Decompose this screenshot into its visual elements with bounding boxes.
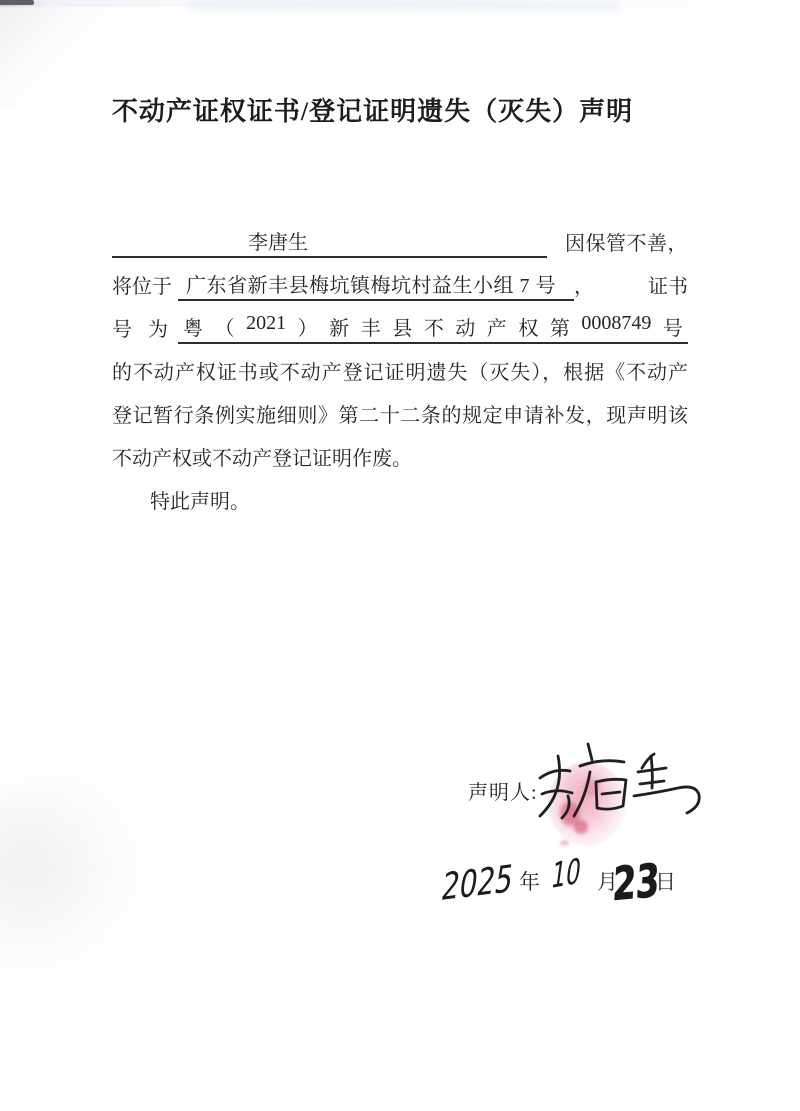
cert-token: 丰 (361, 312, 381, 341)
body-line-3: 号为 粤 （ 2021 ） 新 丰 县 不 动 产 权 第 0008749 号 (112, 306, 688, 349)
cert-token: 粤 (183, 312, 203, 341)
property-address-blank: 广东省新丰县梅坑镇梅坑村益生小组 7 号 (178, 269, 574, 301)
cert-token: ） (298, 312, 318, 341)
cert-token: 权 (518, 312, 538, 341)
cert-token: 产 (487, 312, 507, 341)
certificate-word: 证书 (648, 270, 688, 299)
month-label: 月 (597, 866, 618, 896)
fingerprint-speck (560, 840, 569, 846)
cert-token: 县 (392, 312, 412, 341)
declarant-name: 李唐生 (248, 232, 308, 254)
scan-edge-corner-mark (0, 0, 34, 5)
number-prefix-wei: 为 (148, 313, 168, 342)
cert-token: 2021 (246, 312, 286, 341)
handwritten-year: 2025 (439, 856, 517, 909)
document-body: 李唐生因保管不善， 将位于广东省新丰县梅坑镇梅坑村益生小组 7 号，证书 号为 … (112, 220, 688, 521)
property-address: 广东省新丰县梅坑镇梅坑村益生小组 7 号 (186, 275, 556, 297)
body-line-2: 将位于广东省新丰县梅坑镇梅坑村益生小组 7 号，证书 (112, 263, 688, 306)
closing-text: 特此声明。 (150, 485, 250, 514)
year-label: 年 (519, 866, 540, 896)
location-prefix: 将位于 (112, 270, 172, 299)
handwritten-date-numbers: 2025 10 23 (432, 852, 692, 916)
cert-token: 不 (424, 312, 444, 341)
handwritten-signature (524, 738, 714, 828)
cert-token: 动 (455, 312, 475, 341)
certificate-number-blank: 粤 （ 2021 ） 新 丰 县 不 动 产 权 第 0008749 号 (178, 312, 688, 344)
body-text: 不动产权或不动产登记证明作废。 (112, 442, 412, 471)
document-title: 不动产证权证书/登记证明遗失（灭失）声明 (60, 91, 685, 128)
body-text: 登记暂行条例实施细则》第二十二条的规定申请补发，现声明该 (112, 399, 688, 428)
scan-wash (190, 2, 620, 11)
body-line-5: 登记暂行条例实施细则》第二十二条的规定申请补发，现声明该 (112, 392, 688, 435)
cert-token: 号 (663, 312, 683, 341)
cert-token: 新 (329, 312, 349, 341)
cert-token: 第 (550, 312, 570, 341)
handwritten-day: 23 (611, 855, 660, 911)
declarant-name-blank: 李唐生 (112, 226, 547, 258)
day-label: 日 (655, 866, 676, 896)
cert-token: 0008749 (581, 312, 651, 341)
handwritten-month: 10 (549, 852, 584, 897)
comma: ， (574, 270, 594, 299)
cert-token: （ (215, 312, 235, 341)
paper-fold-bottom-left (0, 770, 170, 1000)
body-line-6: 不动产权或不动产登记证明作废。 (112, 435, 688, 478)
reason-text: 因保管不善， (547, 227, 688, 256)
closing-statement: 特此声明。 (112, 478, 688, 521)
body-text: 的不动产权证书或不动产登记证明遗失（灭失），根据《不动产 (112, 356, 688, 385)
body-line-4: 的不动产权证书或不动产登记证明遗失（灭失），根据《不动产 (112, 349, 688, 392)
number-prefix-hao: 号 (112, 313, 132, 342)
body-line-1: 李唐生因保管不善， (112, 220, 688, 263)
